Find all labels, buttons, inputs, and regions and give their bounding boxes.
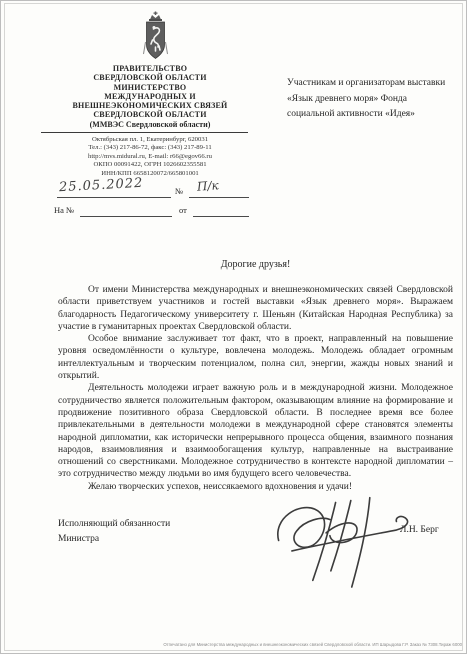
signatory-position-line: Исполняющий обязанности xyxy=(58,517,170,532)
letterhead-divider xyxy=(41,132,248,133)
address-line: ОКПО 00091422, ОГРН 1026602355581 xyxy=(37,161,263,169)
signatory-position: Исполняющий обязанности Министра xyxy=(58,517,170,546)
org-line: ПРАВИТЕЛЬСТВО xyxy=(37,64,263,73)
org-line: МЕЖДУНАРОДНЫХ И xyxy=(37,92,263,101)
recipient-line: социальной активности «Идея» xyxy=(287,107,445,123)
number-label: № xyxy=(175,186,183,196)
org-address-block: Октябрьская пл. 1, Екатеринбург, 620031 … xyxy=(37,136,263,178)
letter-page: ПРАВИТЕЛЬСТВО СВЕРДЛОВСКОЙ ОБЛАСТИ МИНИС… xyxy=(0,0,467,654)
org-line: МИНИСТЕРСТВО xyxy=(37,83,263,92)
reference-number-underline xyxy=(80,216,172,217)
handwritten-date: 25.05.2022 xyxy=(59,176,144,195)
address-line: http://mvs.midural.ru, E-mail: r66@egov6… xyxy=(37,153,263,161)
org-short-name: (ММВЭС Свердловской области) xyxy=(37,120,263,129)
body-paragraph: Особое внимание заслуживает тот факт, чт… xyxy=(58,333,453,382)
reference-from-label: от xyxy=(179,205,187,215)
org-line: СВЕРДЛОВСКОЙ ОБЛАСТИ xyxy=(37,73,263,82)
salutation: Дорогие друзья! xyxy=(58,259,453,270)
number-underline xyxy=(189,197,249,198)
signature-autograph-icon xyxy=(271,491,423,589)
reference-label: На № xyxy=(54,205,74,215)
recipient-line: «Язык древнего моря» Фонда xyxy=(287,92,445,108)
org-line: ВНЕШНЕЭКОНОМИЧЕСКИХ СВЯЗЕЙ xyxy=(37,101,263,110)
signatory-name: Л.Н. Берг xyxy=(400,525,439,535)
address-line: Октябрьская пл. 1, Екатеринбург, 620031 xyxy=(37,136,263,144)
address-line: ИНН/КПП 6658120072/665801001 xyxy=(37,170,263,178)
date-underline xyxy=(57,197,171,198)
reference-date-underline xyxy=(193,216,249,217)
address-line: Тел.: (343) 217-86-72, факс: (343) 217-8… xyxy=(37,144,263,152)
signatory-position-line: Министра xyxy=(58,532,170,547)
recipient-block: Участникам и организаторам выставки «Язы… xyxy=(287,76,445,123)
org-line: СВЕРДЛОВСКОЙ ОБЛАСТИ xyxy=(37,110,263,119)
org-name-block: ПРАВИТЕЛЬСТВО СВЕРДЛОВСКОЙ ОБЛАСТИ МИНИС… xyxy=(37,64,263,120)
body-paragraph: Деятельность молодежи играет важную роль… xyxy=(58,382,453,480)
coat-of-arms-icon xyxy=(142,11,169,61)
body-paragraph: От имени Министерства международных и вн… xyxy=(58,284,453,333)
handwritten-number: П/к xyxy=(197,178,220,193)
letter-body: От имени Министерства международных и вн… xyxy=(58,284,453,493)
recipient-line: Участникам и организаторам выставки xyxy=(287,76,445,92)
print-info-note: Отпечатано для Министерства международны… xyxy=(163,642,462,647)
